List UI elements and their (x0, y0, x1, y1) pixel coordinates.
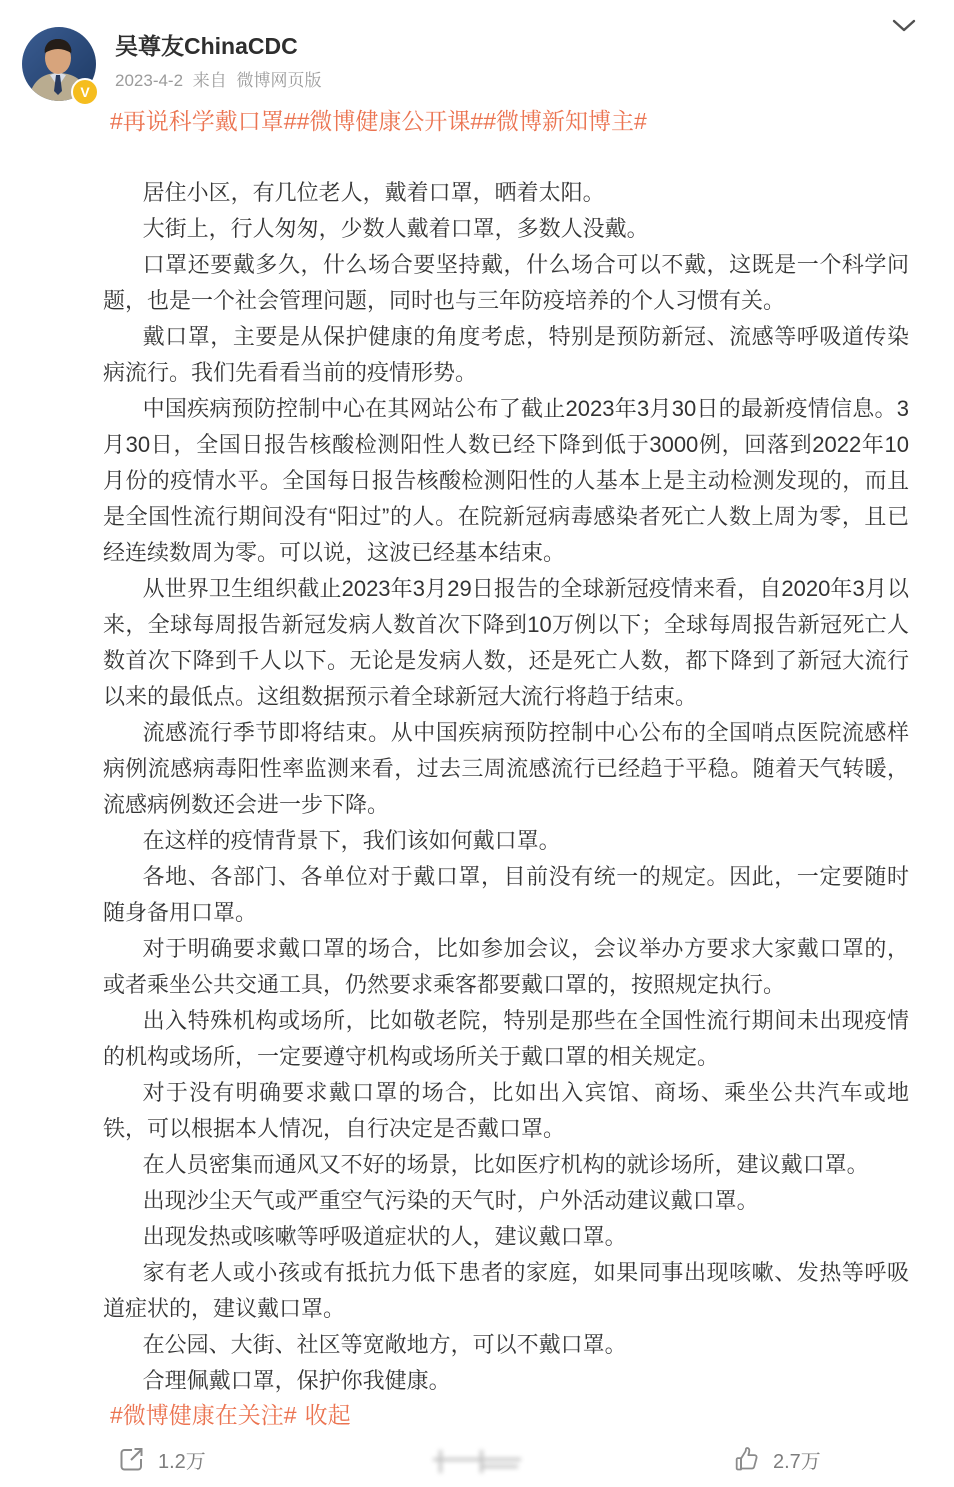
repost-button[interactable]: 1.2万 (118, 1445, 206, 1474)
thumbs-up-icon (733, 1446, 760, 1473)
post-paragraph: 出入特殊机构或场所，比如敬老院，特别是那些在全国性流行期间未出现疫情的机构或场所… (103, 1003, 909, 1075)
repost-icon (118, 1446, 145, 1473)
blurred-bar (482, 1465, 518, 1468)
post-date[interactable]: 2023-4-2 (115, 71, 183, 90)
post-paragraph: 从世界卫生组织截止2023年3月29日报告的全球新冠疫情来看，自2020年3月以… (103, 571, 909, 715)
post-paragraph: 在公园、大街、社区等宽敞地方，可以不戴口罩。 (103, 1327, 909, 1363)
avatar[interactable]: V (22, 27, 96, 101)
post-paragraph: 大街上，行人匆匆，少数人戴着口罩，多数人没戴。 (103, 211, 909, 247)
post-paragraph: 合理佩戴口罩，保护你我健康。 (103, 1363, 909, 1399)
topic-link[interactable]: #微博新知博主# (483, 108, 647, 134)
comment-stat-blurred[interactable] (433, 1449, 523, 1475)
post-footer-line: #微博健康在关注#收起 (110, 1400, 359, 1430)
like-count: 2.7万 (773, 1445, 821, 1474)
post-paragraph: 出现发热或咳嗽等呼吸道症状的人，建议戴口罩。 (103, 1219, 909, 1255)
like-button[interactable]: 2.7万 (733, 1445, 821, 1474)
blurred-bar (439, 1450, 442, 1473)
post-paragraph: 出现沙尘天气或严重空气污染的天气时，户外活动建议戴口罩。 (103, 1183, 909, 1219)
verified-badge-icon: V (71, 78, 99, 106)
footer-topic-link[interactable]: #微博健康在关注# (110, 1402, 297, 1428)
post-paragraph: 流感流行季节即将结束。从中国疾病预防控制中心公布的全国哨点医院流感样病例流感病毒… (103, 715, 909, 823)
post-paragraph: 各地、各部门、各单位对于戴口罩，目前没有统一的规定。因此，一定要随时随身备用口罩… (103, 859, 909, 931)
source-link[interactable]: 微博网页版 (237, 71, 322, 90)
post-paragraph: 家有老人或小孩或有抵抗力低下患者的家庭，如果同事出现咳嗽、发热等呼吸道症状的，建… (103, 1255, 909, 1327)
post-paragraph: 居住小区，有几位老人，戴着口罩，晒着太阳。 (103, 175, 909, 211)
repost-count: 1.2万 (158, 1445, 206, 1474)
chevron-down-icon[interactable] (891, 18, 917, 34)
topic-link[interactable]: #微博健康公开课# (297, 108, 484, 134)
source-prefix: 来自 (193, 71, 227, 90)
post-paragraph: 口罩还要戴多久，什么场合要坚持戴，什么场合可以不戴，这既是一个科学问题，也是一个… (103, 247, 909, 319)
collapse-link[interactable]: 收起 (305, 1402, 351, 1428)
author-name[interactable]: 吴尊友ChinaCDC (115, 28, 298, 61)
post-paragraph: 中国疾病预防控制中心在其网站公布了截止2023年3月30日的最新疫情信息。3月3… (103, 391, 909, 571)
post-paragraph: 在人员密集而通风又不好的场景，比如医疗机构的就诊场所，建议戴口罩。 (103, 1147, 909, 1183)
blurred-bar (480, 1450, 483, 1473)
post-meta: 2023-4-2 来自 微博网页版 (115, 66, 327, 91)
blurred-bar (433, 1458, 521, 1461)
post-paragraph: 对于没有明确要求戴口罩的场合，比如出入宾馆、商场、乘坐公共汽车或地铁，可以根据本… (103, 1075, 909, 1147)
post-paragraph: 在这样的疫情背景下，我们该如何戴口罩。 (103, 823, 909, 859)
topic-link[interactable]: #再说科学戴口罩# (110, 108, 297, 134)
post-paragraph: 对于明确要求戴口罩的场合，比如参加会议，会议举办方要求大家戴口罩的，或者乘坐公共… (103, 931, 909, 1003)
action-bar: 1.2万 2.7万 (0, 1443, 954, 1477)
post-paragraph: 戴口罩，主要是从保护健康的角度考虑，特别是预防新冠、流感等呼吸道传染病流行。我们… (103, 319, 909, 391)
post-body: 居住小区，有几位老人，戴着口罩，晒着太阳。大街上，行人匆匆，少数人戴着口罩，多数… (103, 175, 909, 1399)
topic-hashtags: #再说科学戴口罩##微博健康公开课##微博新知博主# (110, 106, 647, 136)
